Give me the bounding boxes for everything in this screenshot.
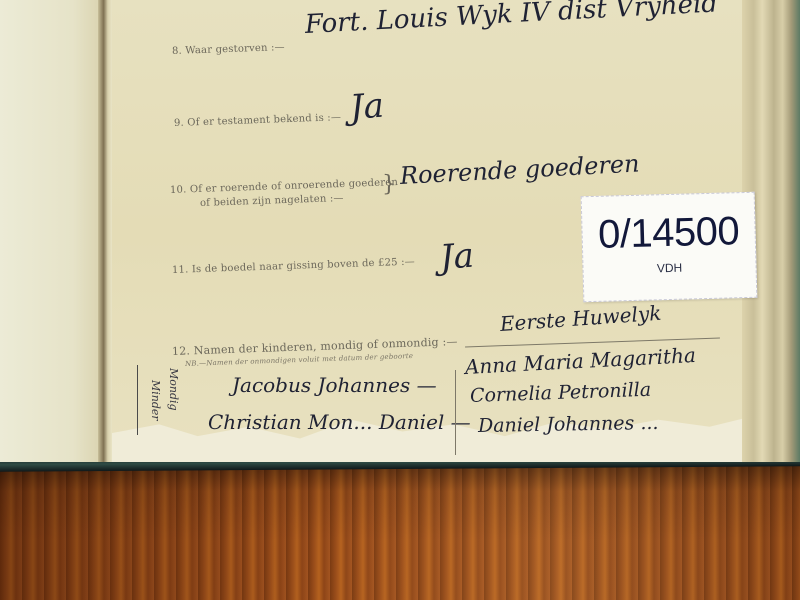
child-name: Jacobus Johannes — xyxy=(232,373,437,397)
field-number: 9. xyxy=(174,118,184,129)
archive-sticker: 0/14500 VDH xyxy=(581,192,758,303)
margin-note-minder: Minder xyxy=(149,380,162,421)
field-number: 10. xyxy=(170,184,187,196)
left-page xyxy=(0,0,104,462)
column-divider xyxy=(455,370,456,455)
field-number: 8. xyxy=(172,46,182,57)
wooden-table xyxy=(0,455,800,600)
book-gutter xyxy=(98,0,112,462)
child-name: Christian Mon... Daniel — xyxy=(208,410,471,434)
field-number: 12. xyxy=(172,344,191,358)
archive-code: VDH xyxy=(583,259,755,277)
field-number: 11. xyxy=(172,264,189,276)
margin-line xyxy=(137,365,138,435)
archive-number: 0/14500 xyxy=(588,209,749,258)
field-11-value: Ja xyxy=(439,236,476,278)
brace-symbol: } xyxy=(382,172,396,197)
margin-note-mondig: Mondig xyxy=(167,368,180,411)
field-9-value: Ja xyxy=(349,86,386,128)
child-name: Daniel Johannes ... xyxy=(478,412,659,437)
